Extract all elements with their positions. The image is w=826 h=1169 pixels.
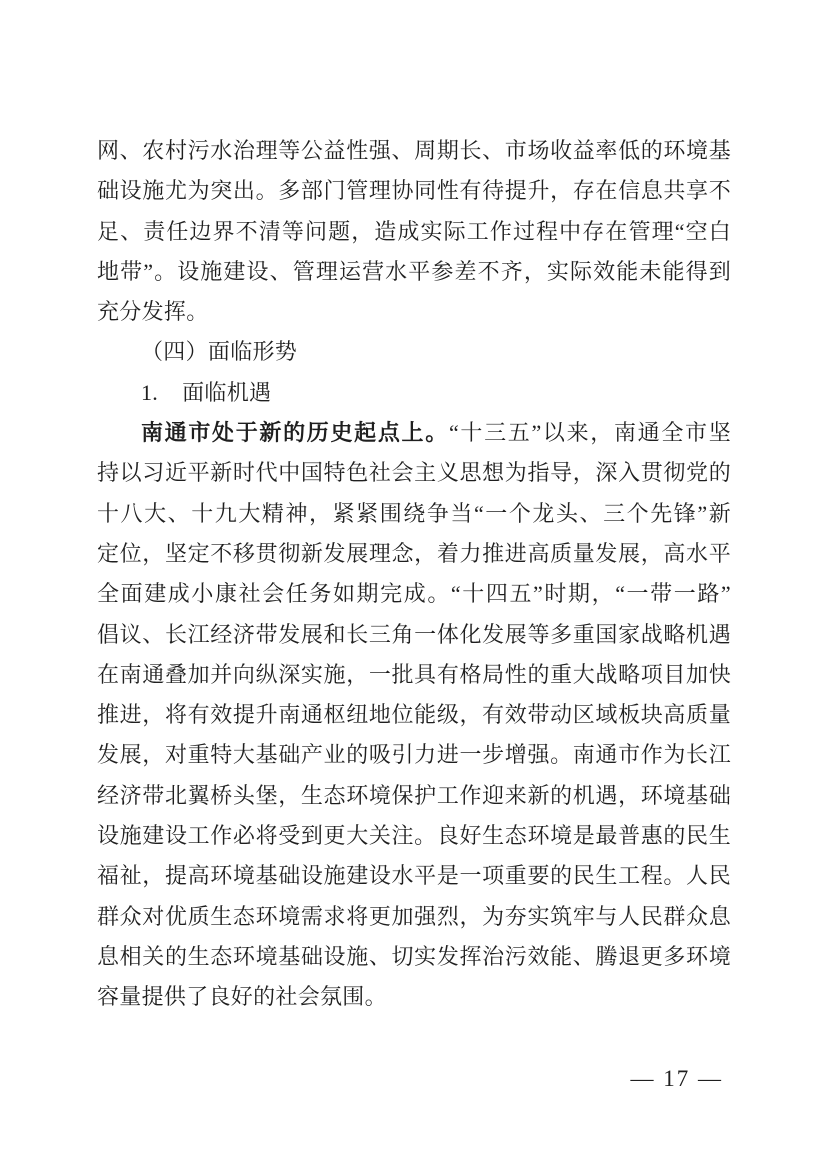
paragraph-opportunity-lines: 持以习近平新时代中国特色社会主义思想为指导，深入贯彻党的十八大、十九大精神，紧紧… — [97, 453, 731, 1017]
text-line: 发展，对重特大基础产业的吸引力进一步增强。南通市作为长江 — [97, 735, 731, 775]
lead-rest-text: “十三五”以来，南通全市坚 — [449, 420, 731, 445]
section-heading: （四）面临形势 — [97, 332, 731, 372]
text-line: 福祉，提高环境基础设施建设水平是一项重要的民生工程。人民 — [97, 856, 731, 896]
text-line: 地带”。设施建设、管理运营水平参差不齐，实际效能未能得到 — [97, 252, 731, 292]
text-line: 持以习近平新时代中国特色社会主义思想为指导，深入贯彻党的 — [97, 453, 731, 493]
document-body: 网、农村污水治理等公益性强、周期长、市场收益率低的环境基础设施尤为突出。多部门管… — [97, 131, 731, 1018]
text-line: 网、农村污水治理等公益性强、周期长、市场收益率低的环境基 — [97, 131, 731, 171]
paragraph-continuation: 网、农村污水治理等公益性强、周期长、市场收益率低的环境基础设施尤为突出。多部门管… — [97, 131, 731, 332]
text-line: 足、责任边界不清等问题，造成实际工作过程中存在管理“空白 — [97, 212, 731, 252]
text-line: 容量提供了良好的社会氛围。 — [97, 977, 731, 1017]
text-line: 设施建设工作必将受到更大关注。良好生态环境是最普惠的民生 — [97, 816, 731, 856]
subsection-heading: 1.面临机遇 — [97, 373, 731, 413]
subsection-number: 1. — [141, 380, 158, 405]
paragraph-opportunity: 南通市处于新的历史起点上。“十三五”以来，南通全市坚 持以习近平新时代中国特色社… — [97, 413, 731, 1017]
text-line: 础设施尤为突出。多部门管理协同性有待提升，存在信息共享不 — [97, 171, 731, 211]
page-number: — 17 — — [97, 1066, 731, 1092]
text-line: 充分发挥。 — [97, 292, 731, 332]
text-line: 在南通叠加并向纵深实施，一批具有格局性的重大战略项目加快 — [97, 655, 731, 695]
text-line: 推进，将有效提升南通枢纽地位能级，有效带动区域板块高质量 — [97, 695, 731, 735]
text-line: 群众对优质生态环境需求将更加强烈，为夯实筑牢与人民群众息 — [97, 897, 731, 937]
text-line: 定位，坚定不移贯彻新发展理念，着力推进高质量发展，高水平 — [97, 534, 731, 574]
text-line: 十八大、十九大精神，紧紧围绕争当“一个龙头、三个先锋”新 — [97, 494, 731, 534]
subsection-title: 面临机遇 — [182, 380, 271, 405]
text-line: 息相关的生态环境基础设施、切实发挥治污效能、腾退更多环境 — [97, 937, 731, 977]
text-line: 全面建成小康社会任务如期完成。“十四五”时期，“一带一路” — [97, 574, 731, 614]
text-line: 经济带北翼桥头堡，生态环境保护工作迎来新的机遇，环境基础 — [97, 776, 731, 816]
lead-sentence-line: 南通市处于新的历史起点上。“十三五”以来，南通全市坚 — [97, 413, 731, 453]
text-line: 倡议、长江经济带发展和长三角一体化发展等多重国家战略机遇 — [97, 615, 731, 655]
lead-bold-sentence: 南通市处于新的历史起点上。 — [141, 420, 449, 445]
document-page: 网、农村污水治理等公益性强、周期长、市场收益率低的环境基础设施尤为突出。多部门管… — [0, 0, 826, 1169]
